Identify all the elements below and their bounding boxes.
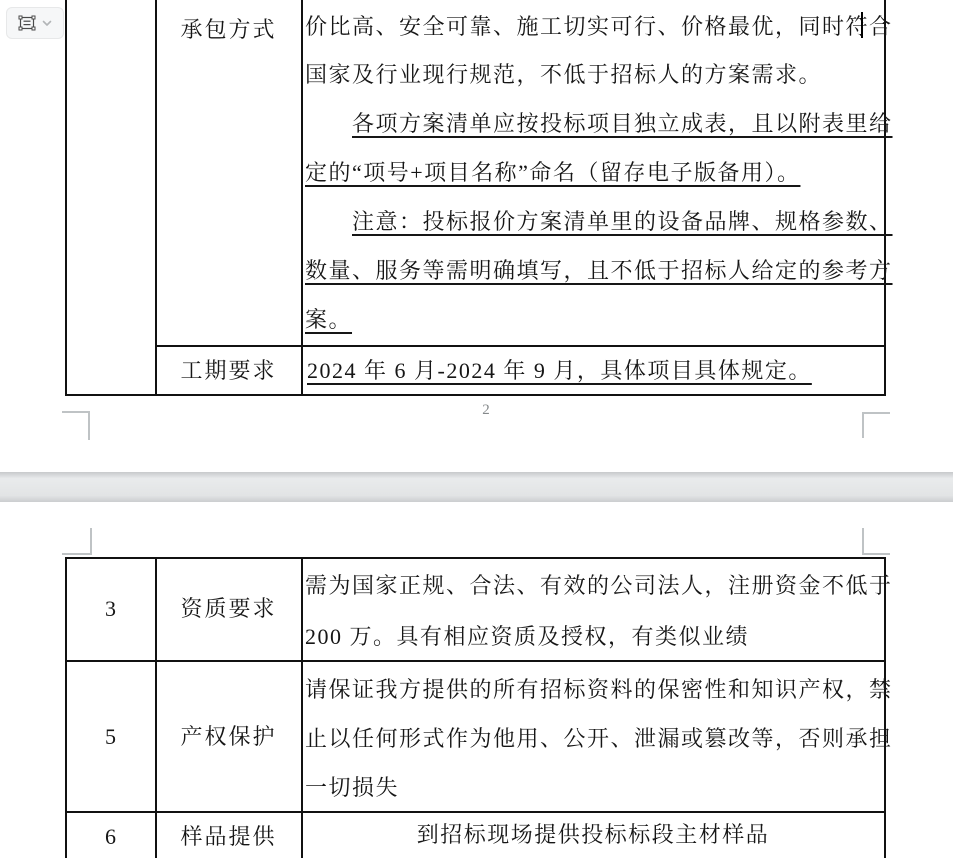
doc-line[interactable]: 价比高、安全可靠、施工切实可行、价格最优，同时符合: [305, 13, 893, 41]
row-number[interactable]: 5: [66, 722, 155, 752]
doc-line[interactable]: 案。: [305, 306, 352, 334]
row-label[interactable]: 产权保护: [156, 722, 301, 752]
chevron-down-icon[interactable]: [41, 17, 53, 29]
page-number: 2: [446, 402, 526, 419]
margin-mark: [862, 528, 864, 555]
table2-border-col2: [301, 557, 303, 858]
doc-line[interactable]: 需为国家正规、合法、有效的公司法人，注册资金不低于: [305, 572, 893, 600]
doc-line[interactable]: 200 万。具有相应资质及授权，有类似业绩: [305, 623, 749, 651]
table2-border-top: [65, 557, 886, 559]
page-gap: [0, 472, 953, 502]
margin-mark: [90, 528, 92, 555]
table1-border-bottom: [65, 394, 886, 396]
doc-line[interactable]: 各项方案清单应按投标项目独立成表，且以附表里给: [352, 110, 893, 138]
doc-line[interactable]: 2024 年 6 月-2024 年 9 月，具体项目具体规定。: [307, 357, 812, 385]
doc-line[interactable]: 注意：投标报价方案清单里的设备品牌、规格参数、: [352, 208, 893, 236]
doc-line[interactable]: 定的“项号+项目名称”命名（留存电子版备用）。: [305, 159, 800, 187]
margin-mark: [862, 553, 890, 555]
margin-mark: [862, 412, 864, 438]
doc-line[interactable]: 请保证我方提供的所有招标资料的保密性和知识产权，禁: [305, 676, 893, 704]
frame-select-icon: [17, 13, 37, 33]
margin-mark: [88, 411, 90, 440]
table1-border-col1: [155, 0, 157, 396]
row-number[interactable]: 3: [66, 594, 155, 624]
doc-line[interactable]: 到招标现场提供投标标段主材样品: [302, 821, 884, 849]
table1-border-col2: [301, 0, 303, 396]
margin-mark: [62, 553, 91, 555]
document-view: 承包方式 价比高、安全可靠、施工切实可行、价格最优，同时符合 国家及行业现行规范…: [0, 0, 953, 858]
margin-mark: [862, 412, 890, 414]
doc-line[interactable]: 数量、服务等需明确填写，且不低于招标人给定的参考方: [305, 257, 893, 285]
row-label[interactable]: 资质要求: [156, 594, 301, 624]
doc-line[interactable]: 国家及行业现行规范，不低于招标人的方案需求。: [305, 61, 822, 89]
text-caret: [861, 12, 863, 38]
doc-line[interactable]: 一切损失: [305, 774, 399, 802]
table2-row-divider: [65, 811, 886, 813]
table1-border-left: [65, 0, 67, 396]
doc-line[interactable]: 止以任何形式作为他用、公开、泄漏或篡改等，否则承担: [305, 725, 893, 753]
table1-border-right: [884, 0, 886, 396]
row-label[interactable]: 承包方式: [156, 15, 301, 45]
table2-row-divider: [65, 660, 886, 662]
margin-mark: [62, 411, 90, 413]
row-number[interactable]: 6: [66, 822, 155, 852]
frame-tool-button[interactable]: [6, 7, 64, 39]
row-label[interactable]: 样品提供: [156, 822, 301, 852]
table1-row-divider: [155, 345, 886, 347]
table2-border-right: [884, 557, 886, 858]
row-label[interactable]: 工期要求: [156, 356, 301, 386]
